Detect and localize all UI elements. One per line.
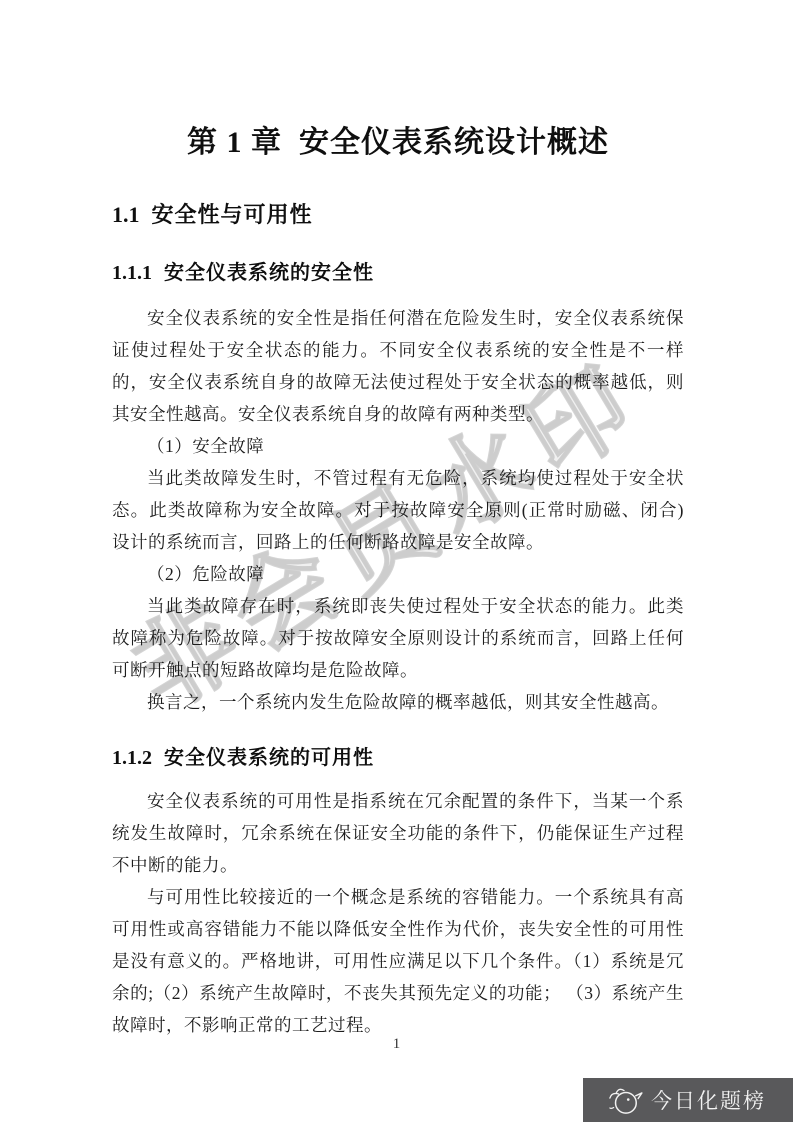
subsection-heading-1-1-2: 1.1.2安全仪表系统的可用性	[112, 745, 684, 771]
subsection-heading-1-1-1: 1.1.1安全仪表系统的安全性	[112, 260, 684, 286]
brand-watermark-band: 今日化题榜	[583, 1078, 793, 1122]
subsection-number: 1.1.1	[112, 262, 152, 284]
page-content: 第 1 章 安全仪表系统设计概述 1.1安全性与可用性 1.1.1安全仪表系统的…	[112, 0, 684, 1041]
document-page: 非会员水印 第 1 章 安全仪表系统设计概述 1.1安全性与可用性 1.1.1安…	[0, 0, 793, 1122]
bird-logo-icon	[605, 1084, 643, 1116]
body-paragraph: 安全仪表系统的可用性是指系统在冗余配置的条件下，当某一个系统发生故障时，冗余系统…	[112, 785, 684, 881]
subsection-title: 安全仪表系统的安全性	[164, 262, 374, 284]
section-number: 1.1	[112, 202, 140, 227]
page-number: 1	[0, 1036, 793, 1053]
body-paragraph: 安全仪表系统的安全性是指任何潜在危险发生时，安全仪表系统保证使过程处于安全状态的…	[112, 302, 684, 430]
chapter-title: 第 1 章 安全仪表系统设计概述	[112, 0, 684, 162]
subsection-number: 1.1.2	[112, 747, 152, 769]
subsection-title: 安全仪表系统的可用性	[164, 747, 374, 769]
section-title: 安全性与可用性	[152, 202, 313, 227]
section-heading-1-1: 1.1安全性与可用性	[112, 202, 684, 228]
body-paragraph: 与可用性比较接近的一个概念是系统的容错能力。一个系统具有高可用性或高容错能力不能…	[112, 881, 684, 1041]
body-paragraph: 当此类故障存在时，系统即丧失使过程处于安全状态的能力。此类故障称为危险故障。对于…	[112, 590, 684, 686]
brand-text: 今日化题榜	[651, 1085, 766, 1115]
body-paragraph: 换言之，一个系统内发生危险故障的概率越低，则其安全性越高。	[112, 686, 684, 718]
list-label-paragraph: （2）危险故障	[112, 558, 684, 590]
body-paragraph: 当此类故障发生时，不管过程有无危险，系统均使过程处于安全状态。此类故障称为安全故…	[112, 462, 684, 558]
list-label-paragraph: （1）安全故障	[112, 430, 684, 462]
